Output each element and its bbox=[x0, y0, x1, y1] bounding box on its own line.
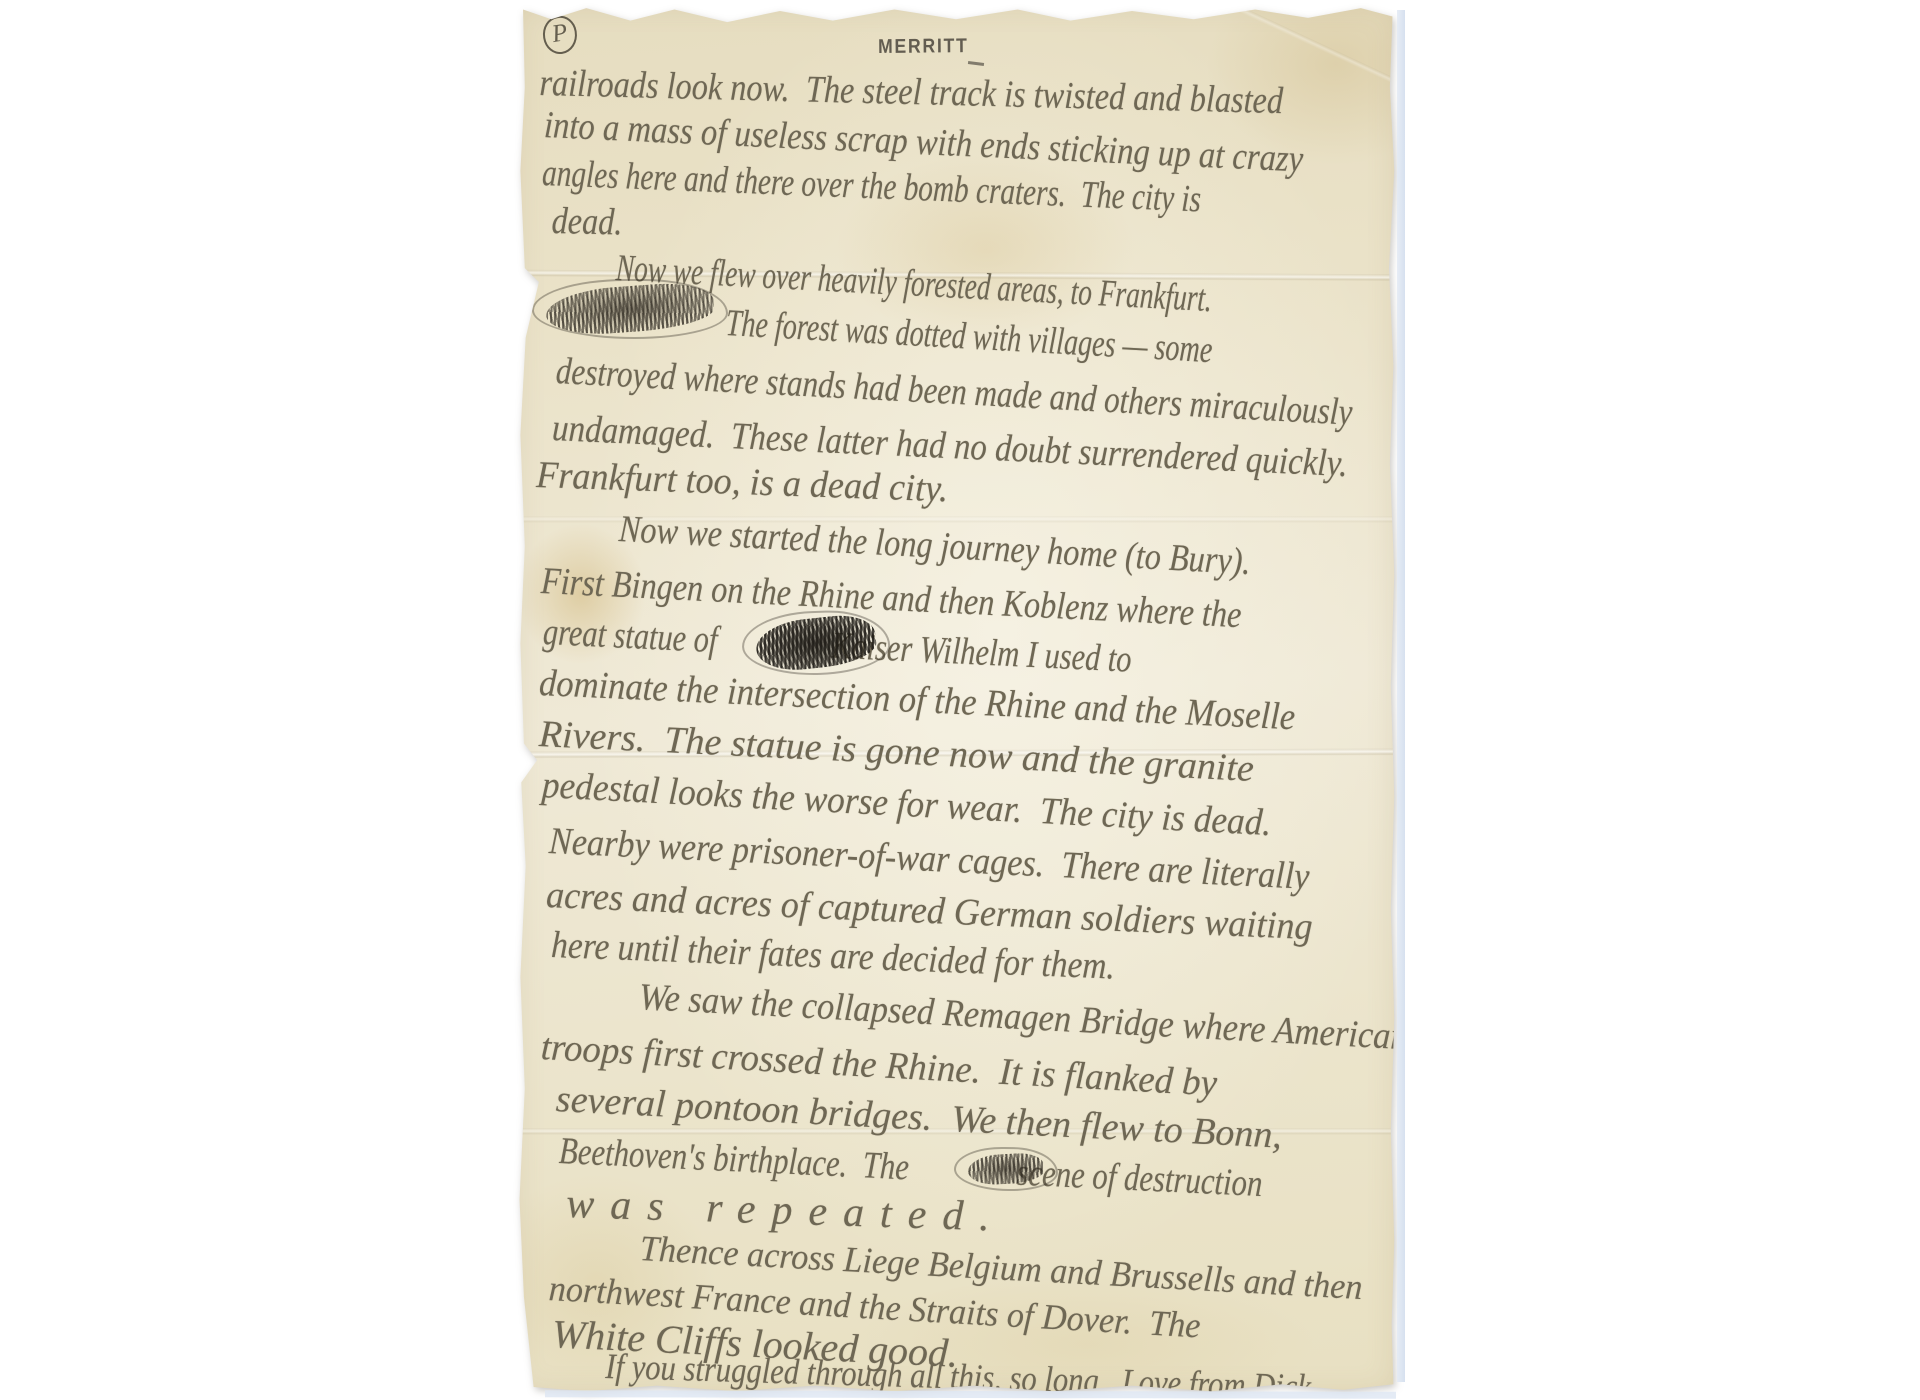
letter-line: dead. bbox=[551, 202, 623, 243]
merritt-stamp: MERRITT bbox=[878, 35, 969, 59]
scribble-redaction bbox=[545, 280, 716, 338]
letter-paper-wrapper: P MERRITT railroads look now. The steel … bbox=[516, 4, 1396, 1394]
scribble-redaction bbox=[754, 612, 879, 674]
scribble-redaction bbox=[967, 1152, 1044, 1186]
letter-line: If you struggled through all this, so lo… bbox=[605, 1348, 1319, 1394]
scan-edge-strip bbox=[1397, 10, 1405, 1382]
page-marker: P bbox=[540, 14, 580, 57]
scanned-letter-page: P MERRITT railroads look now. The steel … bbox=[0, 0, 1920, 1400]
scan-edge-strip bbox=[545, 1390, 1396, 1398]
letter-line: was repeated. bbox=[566, 1182, 1007, 1240]
stamp-underline-mark bbox=[968, 61, 984, 66]
letter-paper: P MERRITT railroads look now. The steel … bbox=[516, 4, 1396, 1394]
